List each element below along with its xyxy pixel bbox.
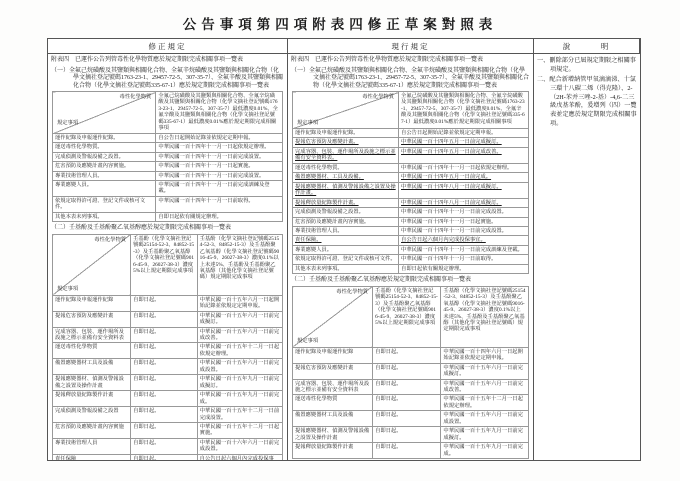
- table-row: 危害預防及應變計畫內容實施自即日起。中華民國一百十五年十二月一日起實施。: [53, 423, 283, 439]
- column-header-current: 現行規定: [288, 39, 534, 54]
- table-cell: 自公告日起六個月內完成投保事宜。: [197, 454, 282, 460]
- table-cell: 提報釋放量紀錄製作計畫: [53, 391, 131, 407]
- table-row: 備置應變器材、工具及設備。中華民國一百十四年五月一日前完成。: [293, 173, 529, 182]
- diagonal-corner-labels: 毒性化學物質規定事項: [295, 93, 396, 127]
- table-row: 提報危害預防及應變計畫自即日起。中華民國一百十五年六月一日前完成擬訂。: [293, 363, 529, 379]
- diagonal-corner-cell: 毒性化學物質規定事項: [293, 92, 399, 129]
- table-row: 運作紀錄及申報運作紀錄自即日起。中華民國一百十五年六月一日起開始記錄並依規定定期…: [53, 295, 283, 311]
- table-row: 完成偵測及警報設備之設置自即日起。中華民國一百十五年十二月一日前完成設置。: [53, 407, 283, 423]
- table-cell: 中華民國一百十四年十一月一日前完成設置。: [399, 226, 529, 235]
- table-cell: 中華民國一百十四年十一月一日前完成設置。: [156, 152, 282, 161]
- table-cell: 自即日起。: [131, 311, 198, 327]
- substance-column-header: 全氟己烷磺酸及其鹽類與相關化合物、全氟辛烷磺酸及其鹽類與相關化合物（化學文摘社登…: [156, 92, 282, 134]
- table-cell: 自即日起。: [131, 438, 198, 454]
- table-cell: 危害預防及應變計畫內容實施。: [53, 162, 156, 171]
- table-cell: 中華民國一百十四年五月一日前完成擬訂。: [399, 138, 529, 147]
- table-cell: 中華民國一百十五年六月一日前完成改善。: [441, 379, 528, 395]
- table-row: 專業技術管理人員自即日起。中華民國一百十六年六月一日前完成設置。: [53, 438, 283, 454]
- table-cell: 提報應變器材、偵測及警報設備之設置及操作計畫: [53, 375, 131, 391]
- current-column: 附表四 已運作公告列管毒性化學物質應於規定期限完成相關事項一覽表（一）全氟己烷磺…: [288, 54, 534, 460]
- table-cell: 中華民國一百十五年六月一日前完成設置。: [197, 359, 282, 375]
- table-cell: 自即日起。: [373, 379, 441, 395]
- annex-heading: 附表四 已運作公告列管毒性化學物質應於規定期限完成相關事項一覽表: [291, 57, 530, 65]
- table-cell: 中華民國一百十五年六月一日起開始記錄並依規定定期申報。: [197, 295, 282, 311]
- table-cell: 中華民國一百十五年九月一日前完成。: [441, 443, 528, 459]
- substance-column-header: 壬基酚（化學文摘社登記號碼25154-52-3、84852-15-3）及壬基酚聚…: [131, 234, 198, 295]
- notes-column: 一、刪除部分已屆規定期限之相關事項規定。二、配合新增納管甲氧滴滴涕、十氯三環十八…: [534, 54, 640, 460]
- comparison-table: 修正規定 現行規定 說 明 附表四 已運作公告列管毒性化學物質應於規定期限完成相…: [47, 38, 641, 461]
- table-cell: 完成容器、包裝、運作場所及設施之標示並備有安全資料表: [53, 327, 131, 343]
- table-cell: 中華民國一百十四年十一月一日前完成訓練及登載。: [399, 245, 529, 254]
- diagonal-corner-cell: 毒性化學物質規定事項: [293, 286, 373, 347]
- substance-table: 毒性化學物質規定事項壬基酚（化學文摘社登記號碼25154-52-3、84852-…: [292, 286, 529, 459]
- table-cell: 運作紀錄及申報運作紀錄。: [293, 129, 399, 138]
- table-row: 危害預防及應變計畫內容實施。中華民國一百十四年十一月一日起實施。: [53, 162, 283, 171]
- corner-label-substance: 毒性化學物質: [297, 94, 394, 100]
- table-cell: 運送毒性化學物質。: [53, 143, 156, 152]
- substance-column-header: 壬基酚（化學文摘社登記號碼25154-52-3、84852-15-3）及壬基酚聚…: [197, 234, 282, 295]
- table-cell: 危害預防及應變計畫內容實施。: [293, 217, 399, 226]
- table-cell: 專業技術管理人員。: [293, 226, 399, 235]
- table-cell: 自即日起。: [131, 423, 198, 439]
- table-row: 依規定取得許可證、登記文件或核可文件。中華民國一百十四年十一月一日前取得。: [293, 255, 529, 264]
- table-row: 運作紀錄及申報運作紀錄。自公告日起開始記錄並依規定定期申報。: [53, 133, 283, 142]
- table-cell: 專業技術管理人員。: [53, 171, 156, 180]
- table-cell: 中華民國一百十四年五月一日前完成改善。: [399, 147, 529, 163]
- table-cell: 責任保險: [53, 454, 131, 460]
- column-header-notes: 說 明: [534, 39, 640, 54]
- table-cell: 依規定取得許可證、登記文件或核可文件。: [53, 196, 156, 212]
- table-row: 完成偵測及警報設備之設置。中華民國一百十四年十一月一日前完成設置。: [293, 208, 529, 217]
- table-cell: 中華民國一百十四年十一月一日前完成設置。: [399, 208, 529, 217]
- table-cell: 中華民國一百十五年六月一日前完成擬訂。: [197, 311, 282, 327]
- table-row: 備置應變器材工具及設備自即日起。中華民國一百十五年六月一日前完成設置。: [53, 359, 283, 375]
- table-cell: 專業技術管理人員: [53, 438, 131, 454]
- table-header-row: 毒性化學物質規定事項全氟己烷磺酸及其鹽類與相關化合物、全氟辛烷磺酸及其鹽類與相關…: [53, 92, 283, 134]
- table-cell: 自即日起依有關規定辦理。: [399, 264, 529, 273]
- annex-heading: 附表四 已運作公告列管毒性化學物質應於規定期限完成相關事項一覽表: [51, 57, 284, 65]
- table-row: 完成偵測及警報設備之設置。中華民國一百十四年十一月一日前完成設置。: [53, 152, 283, 161]
- diagonal-corner-cell: 毒性化學物質規定事項: [53, 92, 156, 134]
- table-cell: 提報危害預防及應變計畫: [293, 363, 373, 379]
- table-cell: 中華民國一百十五年六月一日前完成擬訂。: [441, 363, 528, 379]
- table-cell: 提報釋放量紀錄製作計畫: [293, 443, 373, 459]
- table-cell: 自公告日起開始記錄並依規定定期申報。: [399, 129, 529, 138]
- table-row: 專業應變人員。中華民國一百十四年十一月一日前完成訓練及登載。: [53, 180, 283, 196]
- table-cell: 危害預防及應變計畫內容實施: [53, 423, 131, 439]
- table-cell: 自即日起。: [373, 347, 441, 363]
- document-page: 公告事項第四項附表四修正草案對照表 修正規定 現行規定 說 明 附表四 已運作公…: [0, 0, 680, 481]
- table-cell: 中華民國一百十四年十一月一日前完成設置。: [156, 171, 282, 180]
- table-row: 提報應變器材、偵測及警報設備之設置及操作計畫自即日起。中華民國一百十五年九月一日…: [53, 375, 283, 391]
- table-cell: 中華民國一百十四年八月一日前完成擬訂。: [399, 182, 529, 198]
- table-cell: 中華民國一百十五年九月一日前完成。: [197, 391, 282, 407]
- table-cell: 自即日起。: [131, 359, 198, 375]
- table-cell: 自即日起。: [131, 375, 198, 391]
- table-row: 其他本表未列事項。自即日起依有關規定辦理。: [293, 264, 529, 273]
- table-cell: 中華民國一百十五年十二月一日起依規定辦理。: [441, 395, 528, 411]
- table-cell: 完成偵測及警報設備之設置: [53, 407, 131, 423]
- substance-table: 毒性化學物質規定事項全氟己烷磺酸及其鹽類與相關化合物、全氟辛烷磺酸及其鹽類與相關…: [52, 91, 283, 222]
- substance-table: 毒性化學物質規定事項全氟己烷磺酸及其鹽類與相關化合物、全氟辛烷磺酸及其鹽類與相關…: [292, 91, 529, 274]
- table-cell: 自即日起。: [131, 407, 198, 423]
- table-cell: 備置應變器材工具及設備: [293, 411, 373, 427]
- corner-label-requirement: 規定事項: [57, 286, 126, 292]
- section-intro: （一）全氟己烷磺酸及其鹽類與相關化合物、全氟辛烷磺酸及其鹽類與相關化合物（化學文…: [51, 68, 284, 91]
- table-cell: 自公告日起開始記錄並依規定定期申報。: [156, 133, 282, 142]
- table-row: 其他本表未列事項。自即日起依有關規定辦理。: [53, 212, 283, 221]
- table-cell: 自即日起依有關規定辦理。: [156, 212, 282, 221]
- substance-column-header: 壬基酚（化學文摘社登記號碼25154-52-3、84852-15-3）及壬基酚聚…: [373, 286, 441, 347]
- table-cell: 依規定取得許可證、登記文件或核可文件。: [293, 255, 399, 264]
- table-cell: 中華民國一百十四年十一月一日前取得。: [399, 255, 529, 264]
- table-row: 完成容器、包裝、運作場所及設施之標示並備有安全資料表自即日起。中華民國一百十五年…: [293, 379, 529, 395]
- corner-label-substance: 毒性化學物質: [57, 237, 126, 243]
- table-cell: 自即日起。: [131, 391, 198, 407]
- table-cell: 中華民國一百十四年八月一日前完成擬訂。: [399, 198, 529, 207]
- table-cell: 備置應變器材工具及設備: [53, 359, 131, 375]
- substance-table: 毒性化學物質規定事項壬基酚（化學文摘社登記號碼25154-52-3、84852-…: [52, 234, 283, 460]
- table-row: 專業應變人員。中華民國一百十四年十一月一日前完成訓練及登載。: [293, 245, 529, 254]
- table-cell: 中華民國一百十四年十一月一日起依規定辦理。: [156, 143, 282, 152]
- table-row: 提報應變器材、偵測及警報設備之設置及操作計畫自即日起。中華民國一百十五年九月一日…: [293, 427, 529, 443]
- table-cell: 自公告日起六個月內完成投保事宜。: [399, 236, 529, 245]
- table-row: 依規定取得許可證、登記文件或核可文件。中華民國一百十四年十一月一日前取得。: [53, 196, 283, 212]
- table-cell: 完成偵測及警報設備之設置。: [293, 208, 399, 217]
- table-cell: 中華民國一百十五年十二月一日起實施。: [197, 423, 282, 439]
- table-cell: 其他本表未列事項。: [293, 264, 399, 273]
- table-cell: 中華民國一百十四年十一月一日前完成訓練及登載。: [156, 180, 282, 196]
- table-row: 提報危害預防及應變計畫自即日起。中華民國一百十五年六月一日前完成擬訂。: [53, 311, 283, 327]
- table-cell: 中華民國一百十六年六月一日前完成設置。: [197, 438, 282, 454]
- table-cell: 中華民國一百十五年六月一日前完成改善。: [197, 327, 282, 343]
- table-cell: 中華民國一百十四年十一月一日前取得。: [156, 196, 282, 212]
- table-cell: 自即日起。: [373, 443, 441, 459]
- note-item: 二、配合新增納管甲氧滴滴涕、十氯三環十八碳二烯（得克隆）、2-（2H-苯并三唑-…: [537, 76, 637, 128]
- table-cell: 自即日起。: [373, 395, 441, 411]
- table-cell: 完成容器、包裝、運作場所及設施之標示並備有安全資料表: [293, 379, 373, 395]
- corner-label-substance: 毒性化學物質: [57, 94, 151, 100]
- diagonal-corner-labels: 毒性化學物質規定事項: [295, 288, 370, 346]
- table-row: 提報應變器材、偵測及警報設備之設置及操作計畫。中華民國一百十四年八月一日前完成擬…: [293, 182, 529, 198]
- table-row: 提報釋放量紀錄製作計畫自即日起。中華民國一百十五年九月一日前完成。: [293, 443, 529, 459]
- table-cell: 自即日起。: [131, 454, 198, 460]
- table-cell: 自即日起。: [131, 343, 198, 359]
- table-cell: 中華民國一百十四年六月一日起開始記錄並依規定定期申報。: [441, 347, 528, 363]
- table-cell: 自即日起。: [373, 427, 441, 443]
- table-row: 運送毒性化學物質。中華民國一百十四年十一月一日起依規定辦理。: [53, 143, 283, 152]
- table-cell: 提報危害預防及應變計畫: [53, 311, 131, 327]
- table-cell: 中華民國一百十四年十一月一日起實施。: [399, 217, 529, 226]
- corner-label-requirement: 規定事項: [57, 120, 151, 126]
- note-item: 一、刪除部分已屆規定期限之相關事項規定。: [537, 57, 637, 74]
- column-header-amended: 修正規定: [48, 39, 288, 54]
- table-row: 運作紀錄及申報運作紀錄自即日起。中華民國一百十四年六月一日起開始記錄並依規定定期…: [293, 347, 529, 363]
- table-cell: 運作紀錄及申報運作紀錄: [293, 347, 373, 363]
- table-header-row: 毒性化學物質規定事項壬基酚（化學文摘社登記號碼25154-52-3、84852-…: [293, 286, 529, 347]
- table-row: 完成容器、包裝、運作場所及設施之標示並備有安全資料表自即日起。中華民國一百十五年…: [53, 327, 283, 343]
- corner-label-requirement: 規定事項: [297, 120, 394, 126]
- table-cell: 中華民國一百十五年九月一日前完成擬訂。: [441, 427, 528, 443]
- table-row: 提報釋放量紀錄製作計畫。中華民國一百十四年八月一日前完成擬訂。: [293, 198, 529, 207]
- table-cell: 專業應變人員。: [53, 180, 156, 196]
- table-cell: 自即日起。: [373, 411, 441, 427]
- table-row: 完成容器、包裝、運作場所及設施之標示並備有安全資料表。中華民國一百十四年五月一日…: [293, 147, 529, 163]
- diagonal-corner-labels: 毒性化學物質規定事項: [55, 93, 153, 127]
- table-header-row: 毒性化學物質規定事項壬基酚（化學文摘社登記號碼25154-52-3、84852-…: [53, 234, 283, 295]
- table-row: 專業技術管理人員。中華民國一百十四年十一月一日前完成設置。: [53, 171, 283, 180]
- table-cell: 自即日起。: [131, 295, 198, 311]
- corner-label-requirement: 規定事項: [297, 338, 368, 344]
- table-cell: 運送毒性化學物質: [293, 395, 373, 411]
- table-row: 運送毒性化學物質自即日起。中華民國一百十五年十二月一日起依規定辦理。: [53, 343, 283, 359]
- table-cell: 中華民國一百十五年十二月一日前完成設置。: [197, 407, 282, 423]
- section-intro: （一）全氟己烷磺酸及其鹽類與相關化合物、全氟辛烷磺酸及其鹽類與相關化合物（化學文…: [291, 68, 530, 91]
- table-cell: 自即日起。: [373, 363, 441, 379]
- table-cell: 提報應變器材、偵測及警報設備之設置及操作計畫: [293, 427, 373, 443]
- table-cell: 提報釋放量紀錄製作計畫。: [293, 198, 399, 207]
- substance-column-header: 壬基酚（化學文摘社登記號碼25154-52-3、84852-15-3）及壬基酚聚…: [441, 286, 528, 347]
- table-cell: 運送毒性化學物質。: [293, 163, 399, 172]
- table-row: 運作紀錄及申報運作紀錄。自公告日起開始記錄並依規定定期申報。: [293, 129, 529, 138]
- substance-column-header: 全氟己烷磺酸及其鹽類與相關化合物、全氟辛烷磺酸及其鹽類與相關化合物（化學文摘社登…: [399, 92, 529, 129]
- corner-label-substance: 毒性化學物質: [297, 289, 368, 295]
- table-cell: 運作紀錄及申報運作紀錄。: [53, 133, 156, 142]
- table-cell: 運送毒性化學物質: [53, 343, 131, 359]
- diagonal-corner-cell: 毒性化學物質規定事項: [53, 234, 131, 295]
- table-row: 責任保險。自公告日起六個月內完成投保事宜。: [293, 236, 529, 245]
- table-cell: 其他本表未列事項。: [53, 212, 156, 221]
- page-title: 公告事項第四項附表四修正草案對照表: [0, 0, 680, 33]
- table-row: 提報危害預防及應變計畫。中華民國一百十四年五月一日前完成擬訂。: [293, 138, 529, 147]
- table-row: 提報釋放量紀錄製作計畫自即日起。中華民國一百十五年九月一日前完成。: [53, 391, 283, 407]
- section-intro: （二）壬基酚及壬基酚聚乙氧基醇應於規定期限完成相關事項一覽表: [291, 277, 530, 285]
- table-cell: 中華民國一百十四年十一月一日起依規定辦理。: [399, 163, 529, 172]
- table-cell: 提報應變器材、偵測及警報設備之設置及操作計畫。: [293, 182, 399, 198]
- table-cell: 中華民國一百十四年五月一日前完成。: [399, 173, 529, 182]
- table-row: 危害預防及應變計畫內容實施。中華民國一百十四年十一月一日起實施。: [293, 217, 529, 226]
- section-intro: （二）壬基酚及壬基酚聚乙氧基醇應於規定期限完成相關事項一覽表: [51, 225, 284, 233]
- table-cell: 提報危害預防及應變計畫。: [293, 138, 399, 147]
- table-row: 專業技術管理人員。中華民國一百十四年十一月一日前完成設置。: [293, 226, 529, 235]
- table-cell: 中華民國一百十四年十一月一日起實施。: [156, 162, 282, 171]
- table-row: 運送毒性化學物質。中華民國一百十四年十一月一日起依規定辦理。: [293, 163, 529, 172]
- table-cell: 責任保險。: [293, 236, 399, 245]
- table-header-row: 毒性化學物質規定事項全氟己烷磺酸及其鹽類與相關化合物、全氟辛烷磺酸及其鹽類與相關…: [293, 92, 529, 129]
- table-row: 運送毒性化學物質自即日起。中華民國一百十五年十二月一日起依規定辦理。: [293, 395, 529, 411]
- table-cell: 完成容器、包裝、運作場所及設施之標示並備有安全資料表。: [293, 147, 399, 163]
- table-row: 責任保險自即日起。自公告日起六個月內完成投保事宜。: [53, 454, 283, 460]
- table-cell: 備置應變器材、工具及設備。: [293, 173, 399, 182]
- table-cell: 中華民國一百十五年十二月一日起依規定辦理。: [197, 343, 282, 359]
- table-cell: 運作紀錄及申報運作紀錄: [53, 295, 131, 311]
- table-row: 備置應變器材工具及設備自即日起。中華民國一百十五年六月一日前完成設置。: [293, 411, 529, 427]
- table-cell: 專業應變人員。: [293, 245, 399, 254]
- table-cell: 完成偵測及警報設備之設置。: [53, 152, 156, 161]
- table-cell: 自即日起。: [131, 327, 198, 343]
- table-cell: 中華民國一百十五年六月一日前完成設置。: [441, 411, 528, 427]
- amended-column: 附表四 已運作公告列管毒性化學物質應於規定期限完成相關事項一覽表（一）全氟己烷磺…: [48, 54, 288, 460]
- table-cell: 中華民國一百十五年九月一日前完成擬訂。: [197, 375, 282, 391]
- diagonal-corner-labels: 毒性化學物質規定事項: [55, 236, 128, 294]
